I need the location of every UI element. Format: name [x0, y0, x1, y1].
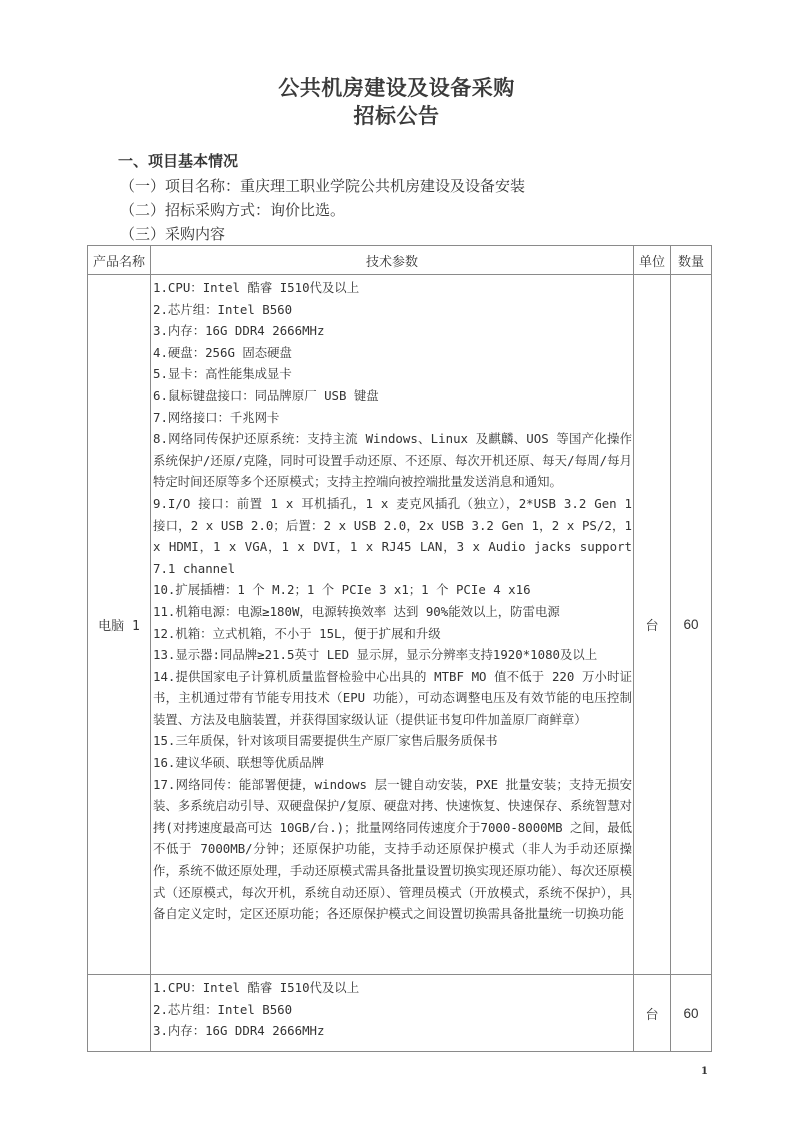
spec-item: 16.建议华硕、联想等优质品牌 — [153, 752, 632, 774]
spec-item: 2.芯片组：Intel B560 — [153, 299, 632, 321]
spec-item: 14.提供国家电子计算机质量监督检验中心出具的 MTBF MO 值不低于 220… — [153, 666, 632, 731]
header-quantity: 数量 — [671, 246, 712, 275]
header-product-name: 产品名称 — [88, 246, 151, 275]
spec-item: 7.网络接口：千兆网卡 — [153, 407, 632, 429]
spec-item: 5.显卡：高性能集成显卡 — [153, 363, 632, 385]
table-header-row: 产品名称 技术参数 单位 数量 — [88, 246, 712, 275]
spec-item: 9.I/O 接口：前置 1 x 耳机插孔，1 x 麦克风插孔（独立），2*USB… — [153, 493, 632, 579]
spec-item: 11.机箱电源：电源≥180W，电源转换效率 达到 90%能效以上，防雷电源 — [153, 601, 632, 623]
spec-item: 8.网络同传保护还原系统：支持主流 Windows、Linux 及麒麟、UOS … — [153, 428, 632, 493]
section-heading: 一、项目基本情况 — [118, 150, 238, 171]
spec-item: 12.机箱：立式机箱，不小于 15L，便于扩展和升级 — [153, 623, 632, 645]
product-name-cell — [88, 975, 151, 1052]
spec-item: 3.内存：16G DDR4 2666MHz — [153, 1020, 632, 1042]
header-unit: 单位 — [634, 246, 671, 275]
page-number: 1 — [701, 1066, 708, 1077]
procurement-table: 产品名称 技术参数 单位 数量 电脑 1 1.CPU：Intel 酷睿 I510… — [87, 245, 712, 1052]
unit-cell: 台 — [634, 275, 671, 975]
quantity-cell: 60 — [671, 975, 712, 1052]
spec-cell: 1.CPU：Intel 酷睿 I510代及以上 2.芯片组：Intel B560… — [151, 975, 634, 1052]
procurement-content-line: （三）采购内容 — [120, 223, 225, 244]
quantity-cell: 60 — [671, 275, 712, 975]
procurement-method-line: （二）招标采购方式：询价比选。 — [120, 199, 345, 220]
spec-item: 17.网络同传：能部署便捷，windows 层一键自动安装，PXE 批量安装；支… — [153, 774, 632, 925]
table-row: 电脑 1 1.CPU：Intel 酷睿 I510代及以上 2.芯片组：Intel… — [88, 275, 712, 975]
table-row: 1.CPU：Intel 酷睿 I510代及以上 2.芯片组：Intel B560… — [88, 975, 712, 1052]
spec-item: 4.硬盘：256G 固态硬盘 — [153, 342, 632, 364]
header-tech-specs: 技术参数 — [151, 246, 634, 275]
document-title: 公共机房建设及设备采购 — [0, 72, 793, 102]
spec-item: 10.扩展插槽：1 个 M.2；1 个 PCIe 3 x1；1 个 PCIe 4… — [153, 579, 632, 601]
spec-item: 13.显示器:同品牌≥21.5英寸 LED 显示屏，显示分辨率支持1920*10… — [153, 644, 632, 666]
spec-item: 1.CPU：Intel 酷睿 I510代及以上 — [153, 277, 632, 299]
project-name-line: （一）项目名称：重庆理工职业学院公共机房建设及设备安装 — [120, 175, 525, 196]
spec-cell: 1.CPU：Intel 酷睿 I510代及以上 2.芯片组：Intel B560… — [151, 275, 634, 975]
spec-item: 1.CPU：Intel 酷睿 I510代及以上 — [153, 977, 632, 999]
spec-item: 6.鼠标键盘接口：同品牌原厂 USB 键盘 — [153, 385, 632, 407]
spec-item: 3.内存：16G DDR4 2666MHz — [153, 320, 632, 342]
unit-cell: 台 — [634, 975, 671, 1052]
product-name-cell: 电脑 1 — [88, 275, 151, 975]
spec-item: 15.三年质保，针对该项目需要提供生产原厂家售后服务质保书 — [153, 730, 632, 752]
document-subtitle: 招标公告 — [0, 100, 793, 130]
spec-item: 2.芯片组：Intel B560 — [153, 999, 632, 1021]
